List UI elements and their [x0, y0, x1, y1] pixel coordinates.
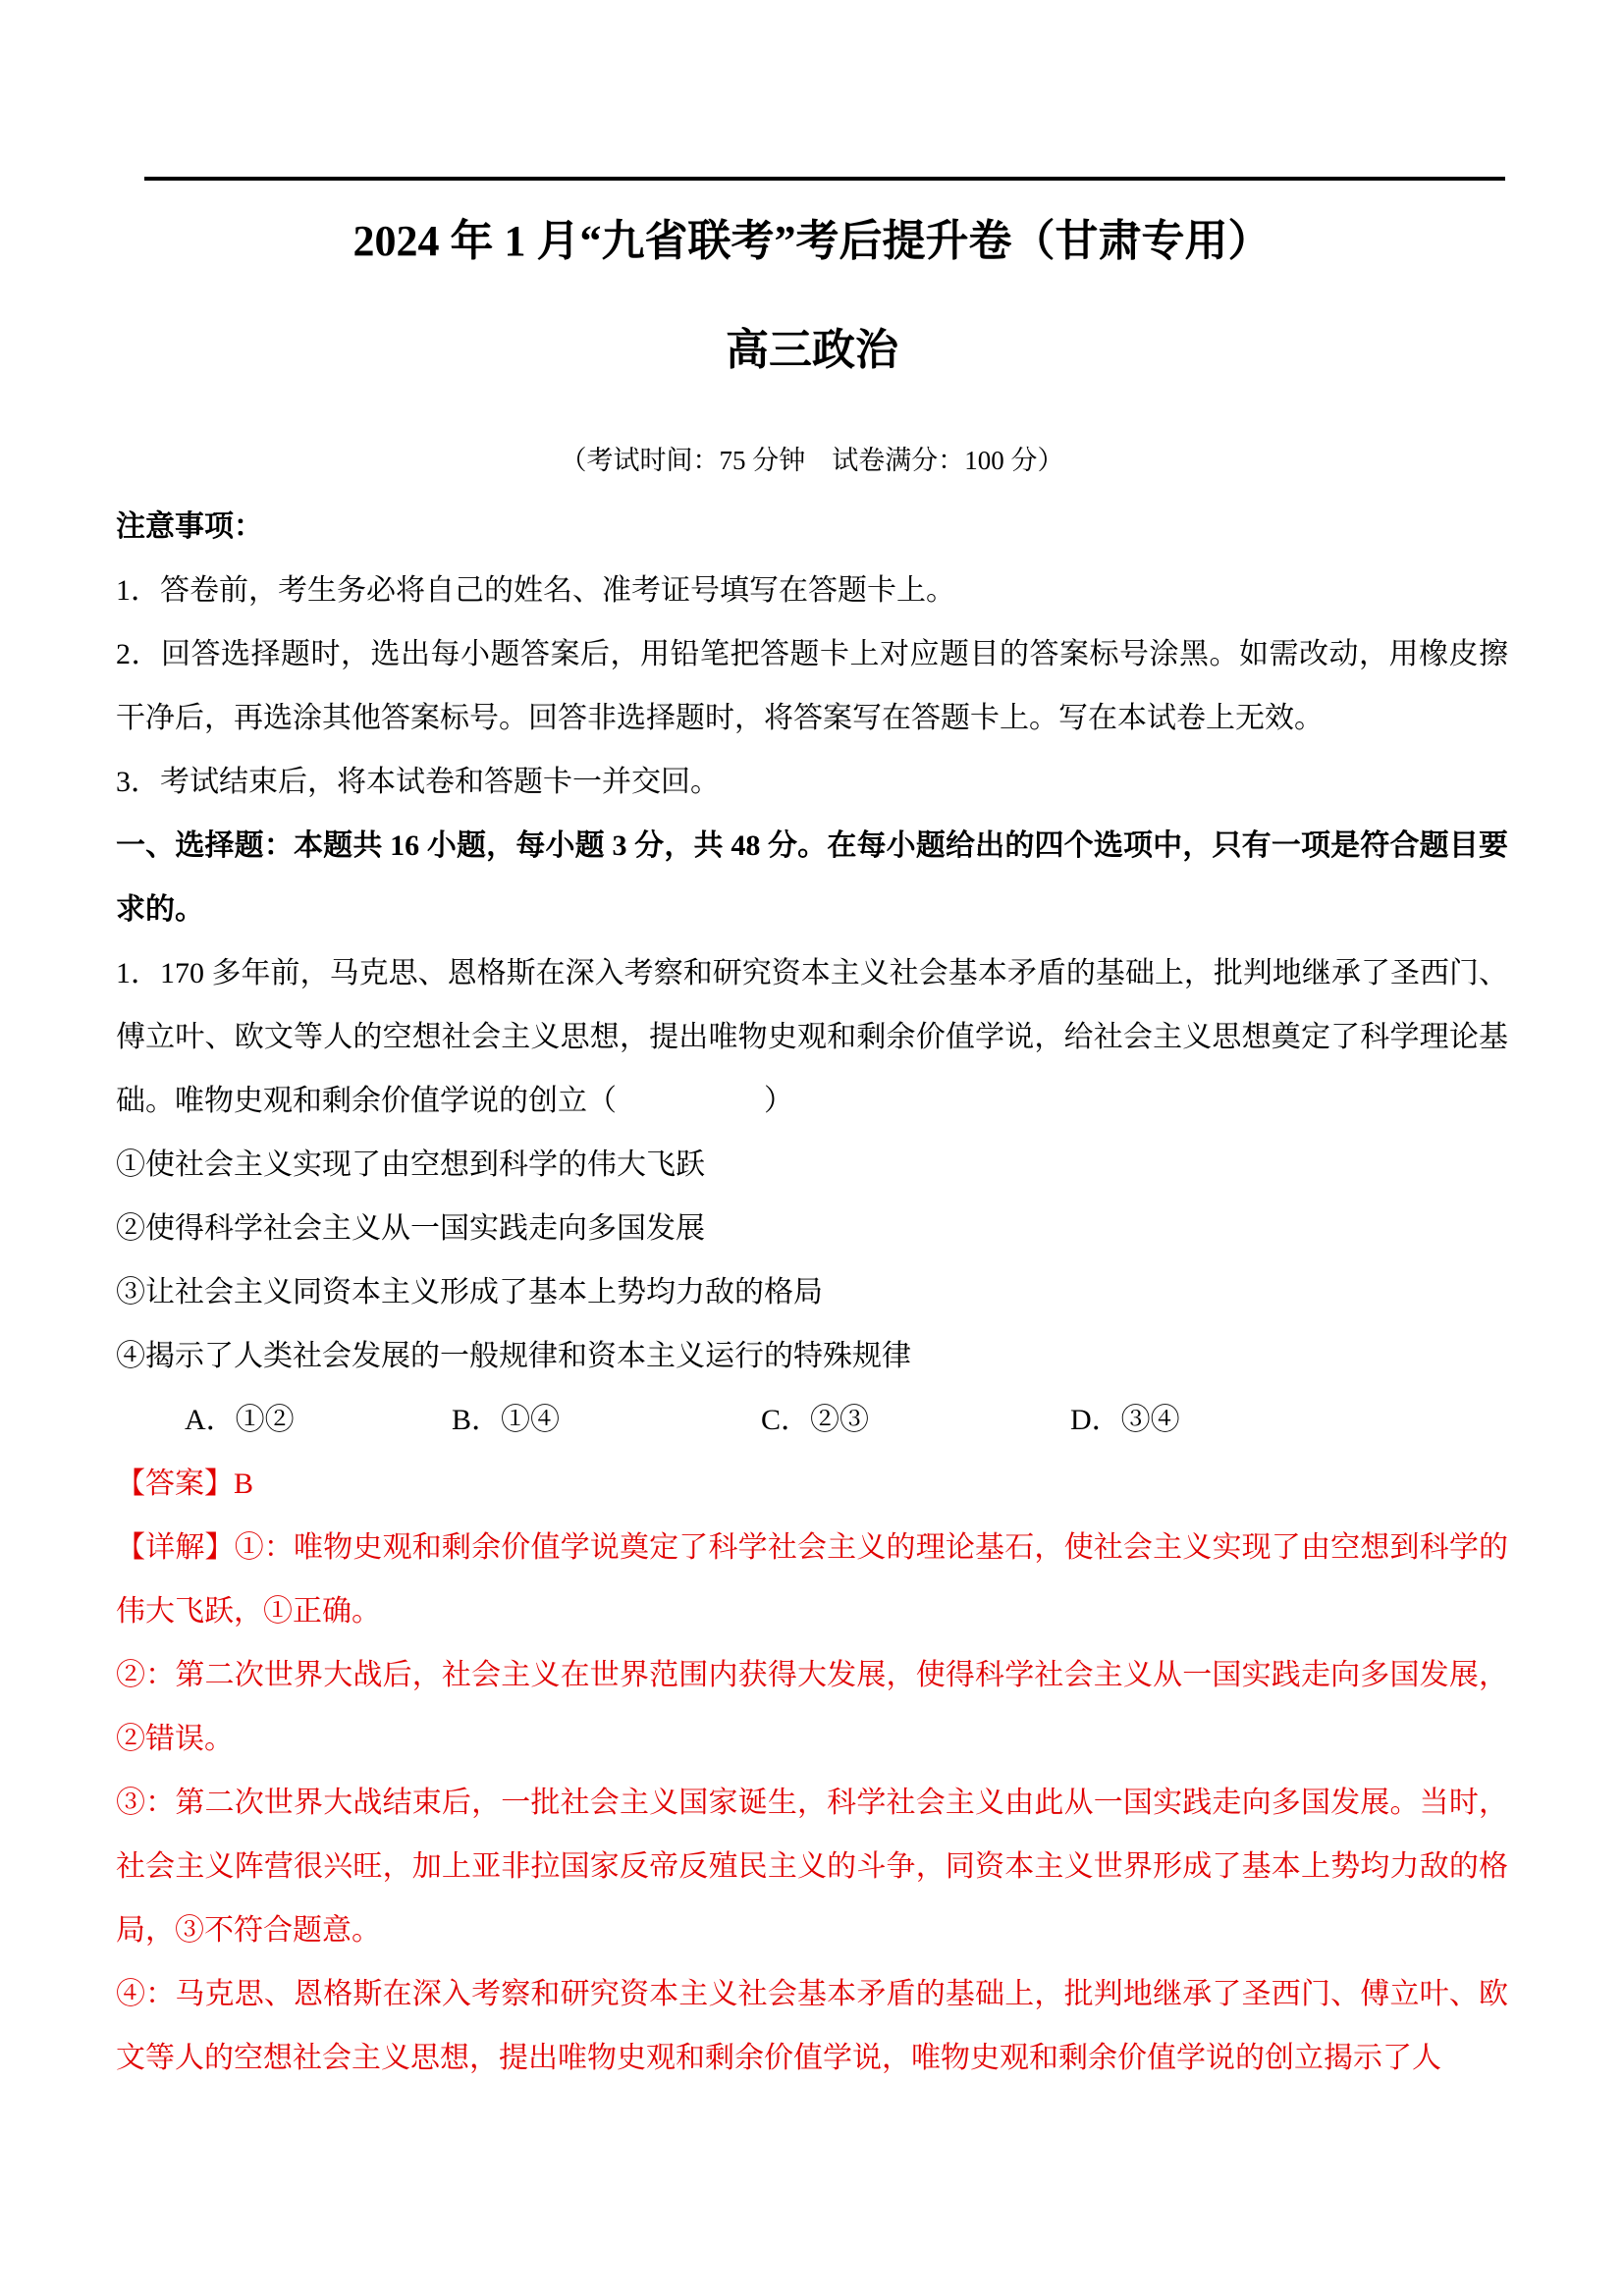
note-item-1: 1．答卷前，考生务必将自己的姓名、准考证号填写在答题卡上。 [116, 559, 1508, 622]
exam-info: （考试时间：75 分钟 试卷满分：100 分） [0, 444, 1624, 477]
section-title: 一、选择题：本题共 16 小题，每小题 3 分，共 48 分。在每小题给出的四个… [116, 814, 1508, 941]
explanation-paragraph-1: 【详解】①：唯物史观和剩余价值学说奠定了科学社会主义的理论基石，使社会主义实现了… [116, 1516, 1508, 1643]
note-item-2: 2．回答选择题时，选出每小题答案后，用铅笔把答题卡上对应题目的答案标号涂黑。如需… [116, 622, 1508, 750]
explanation-paragraph-3: ③：第二次世界大战结束后，一批社会主义国家诞生，科学社会主义由此从一国实践走向多… [116, 1771, 1508, 1962]
page-title: 2024 年 1 月“九省联考”考后提升卷（甘肃专用） [59, 214, 1565, 268]
page-subtitle: 高三政治 [0, 323, 1624, 377]
question-1-options-row: A．①②B．①④C．②③D．③④ [116, 1388, 1508, 1452]
header-rule [144, 177, 1505, 181]
question-1-statement-1: ①使社会主义实现了由空想到科学的伟大飞跃 [116, 1133, 1508, 1197]
answer-line: 【答案】B [116, 1452, 1508, 1516]
question-1-statement-2: ②使得科学社会主义从一国实践走向多国发展 [116, 1197, 1508, 1260]
question-1-statement-4: ④揭示了人类社会发展的一般规律和资本主义运行的特殊规律 [116, 1324, 1508, 1388]
question-1-stem: 1．170 多年前，马克思、恩格斯在深入考察和研究资本主义社会基本矛盾的基础上，… [116, 941, 1508, 1133]
answer-label: 【答案】 [116, 1468, 234, 1500]
document-body: 注意事项： 1．答卷前，考生务必将自己的姓名、准考证号填写在答题卡上。 2．回答… [116, 495, 1508, 2090]
explanation-paragraph-2: ②：第二次世界大战后，社会主义在世界范围内获得大发展，使得科学社会主义从一国实践… [116, 1643, 1508, 1771]
explanation-label: 【详解】 [116, 1531, 235, 1564]
explanation-text-1: ①：唯物史观和剩余价值学说奠定了科学社会主义的理论基石，使社会主义实现了由空想到… [116, 1531, 1508, 1628]
option-b: B．①④ [452, 1388, 761, 1452]
answer-value: B [234, 1468, 253, 1500]
option-d: D．③④ [1070, 1388, 1180, 1452]
option-a: A．①② [185, 1388, 452, 1452]
note-item-3: 3．考试结束后，将本试卷和答题卡一并交回。 [116, 750, 1508, 814]
question-1-statement-3: ③让社会主义同资本主义形成了基本上势均力敌的格局 [116, 1260, 1508, 1324]
notes-header: 注意事项： [116, 495, 1508, 559]
option-c: C．②③ [761, 1388, 1070, 1452]
explanation-paragraph-4: ④：马克思、恩格斯在深入考察和研究资本主义社会基本矛盾的基础上，批判地继承了圣西… [116, 1962, 1508, 2090]
exam-paper-page: 2024 年 1 月“九省联考”考后提升卷（甘肃专用） 高三政治 （考试时间：7… [0, 0, 1624, 2296]
